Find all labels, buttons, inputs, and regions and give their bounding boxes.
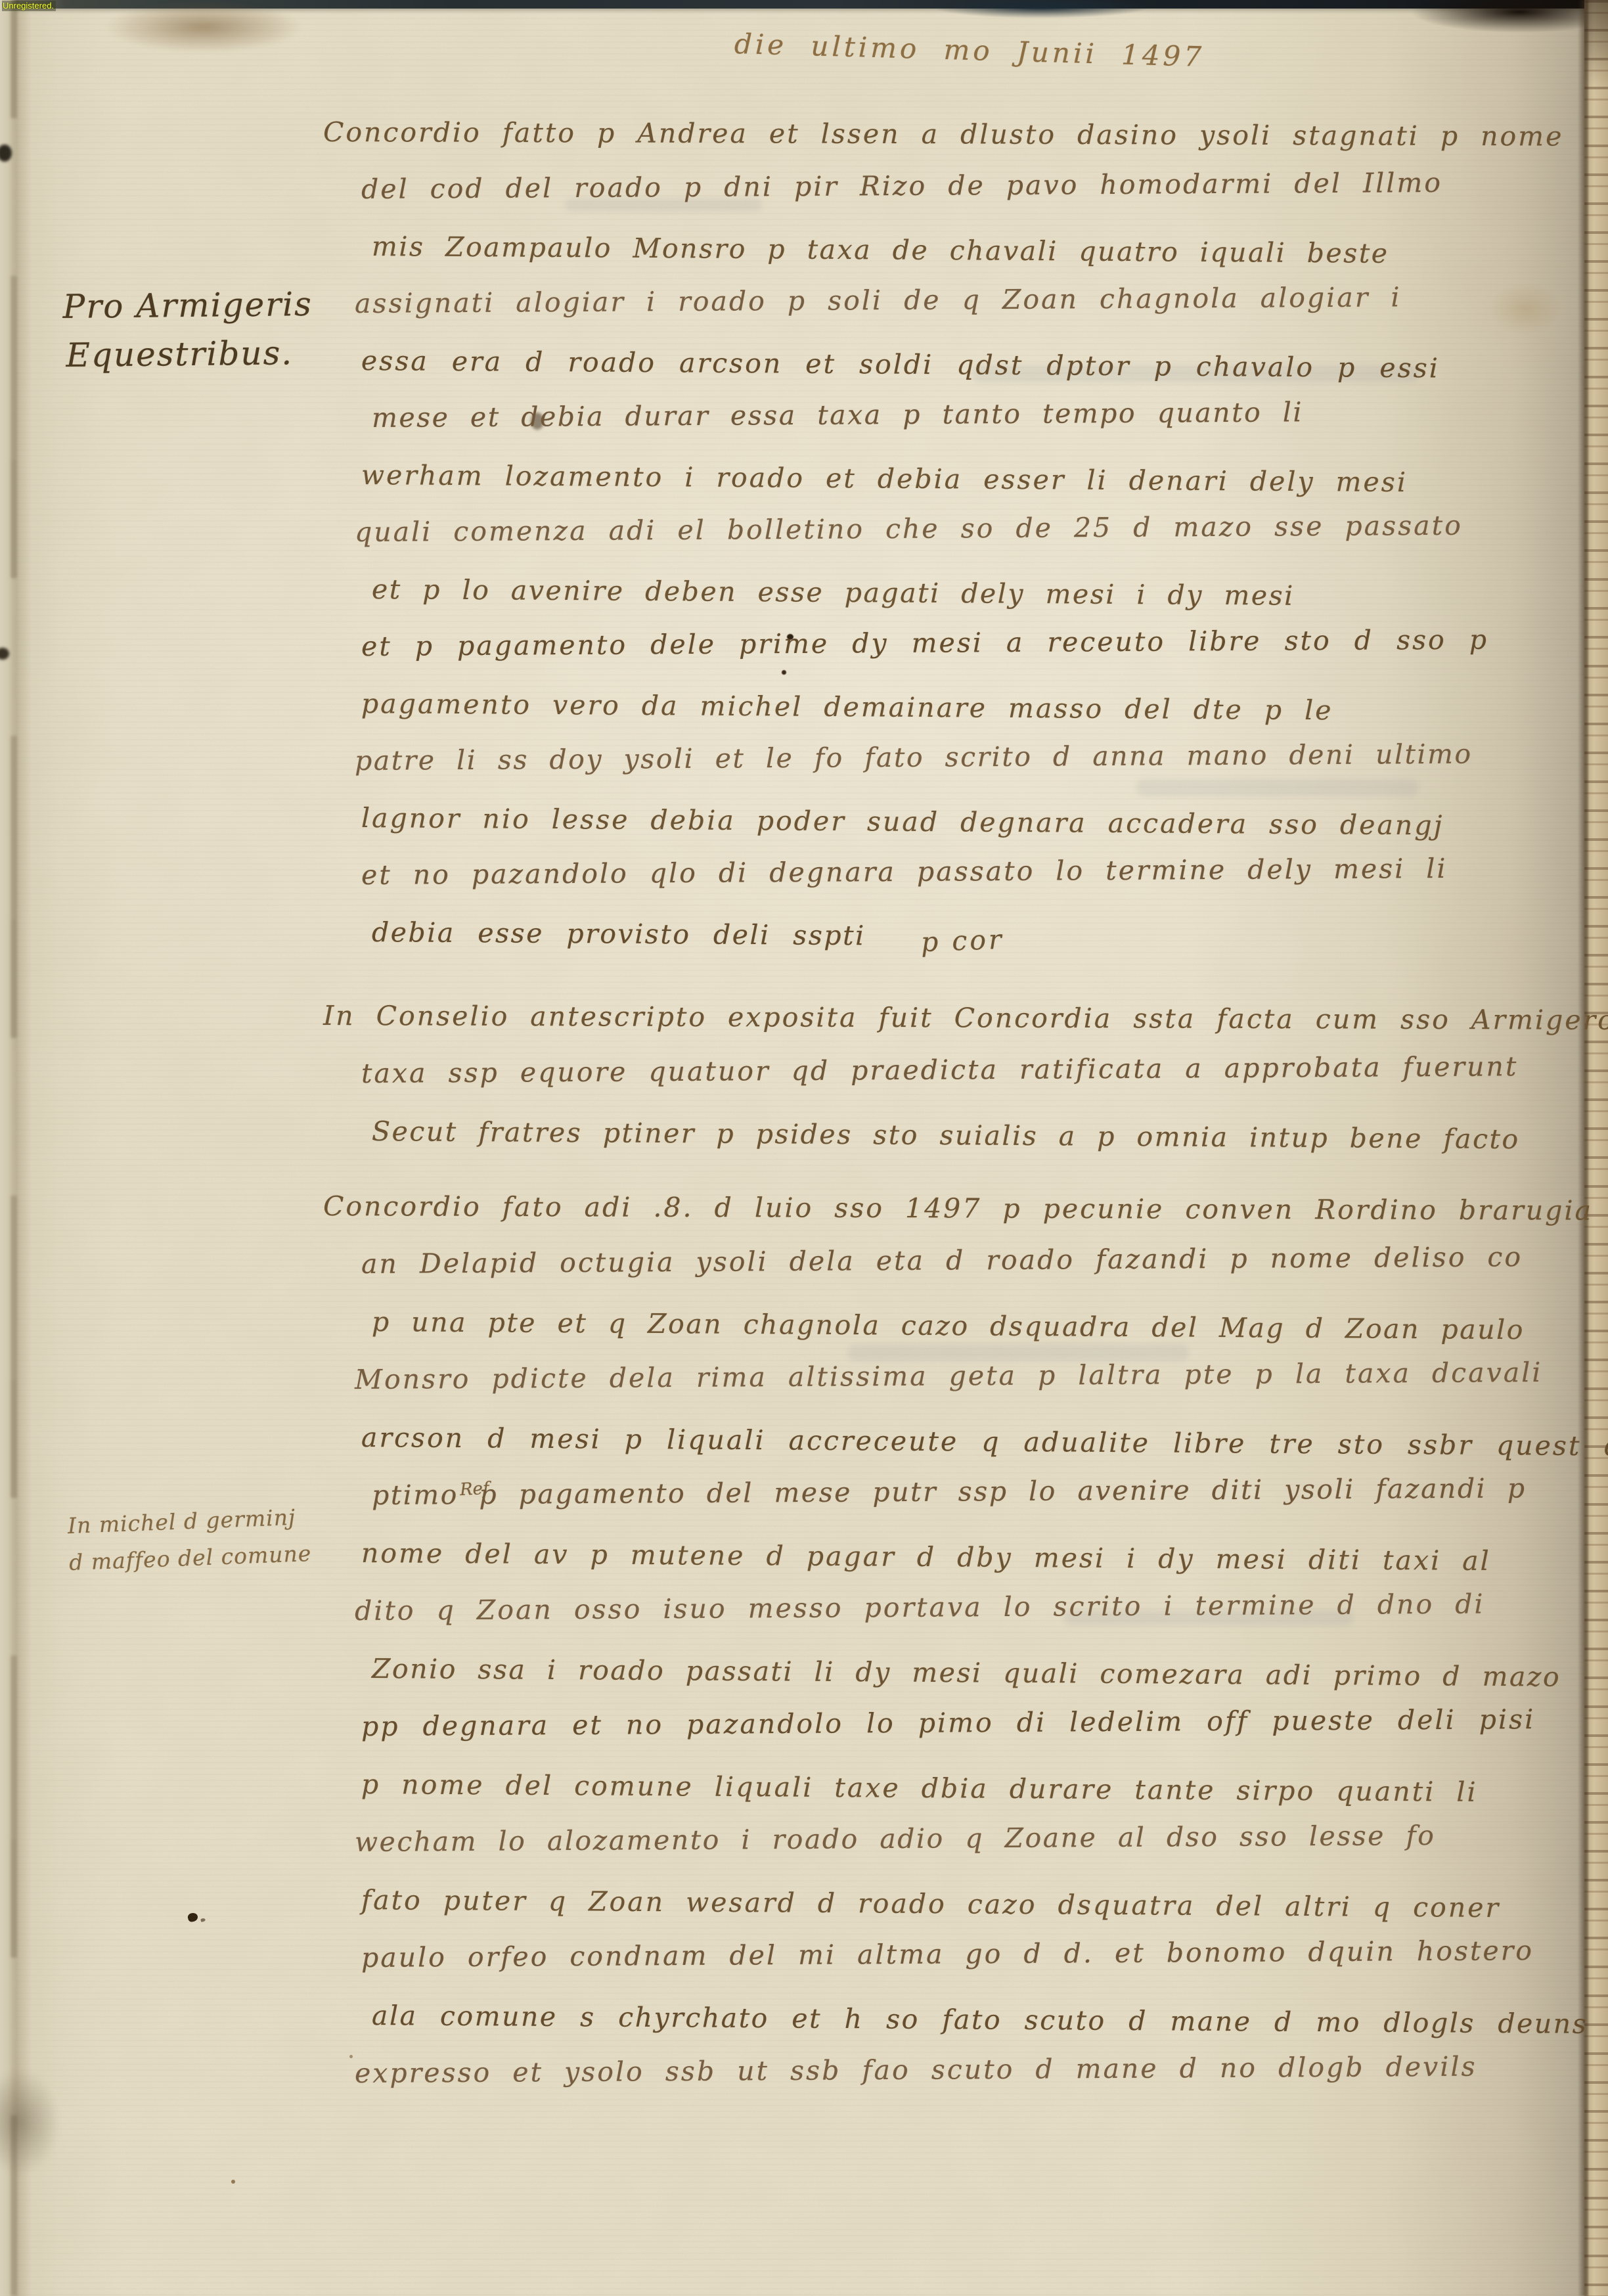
margin-ink-mark (187, 1912, 199, 1922)
text-line: Secut fratres ptiner p psides sto suiali… (372, 1102, 1597, 1169)
text-line: assignati alogiar i roado p soli de q Zo… (355, 267, 1596, 332)
text-line: taxa ssp equore quatuor qd praedicta rat… (361, 1037, 1597, 1102)
text-line: an Delapid octugia ysoli dela eta d road… (361, 1228, 1597, 1293)
margin-note-pro-armigeris: Pro Armigeris Equestribus. (62, 280, 313, 380)
ink-speck (231, 2180, 235, 2184)
margin-note-line: Pro Armigeris (62, 280, 313, 331)
scan-top-shadow (933, 0, 1150, 18)
text-line: pp degnara et no pazandolo lo pimo di le… (361, 1690, 1597, 1755)
margin-note-in-michel: In michel d germinj d maffeo del comune (67, 1498, 312, 1581)
text-line: dito q Zoan osso isuo messo portava lo s… (355, 1574, 1597, 1640)
centered-fragment: p cor (920, 924, 1004, 958)
text-line: et p pagamento dele prime dy mesi a rece… (361, 611, 1596, 675)
text-line: Monsro pdicte dela rima altissima geta p… (355, 1343, 1597, 1408)
text-line: paulo orfeo condnam del mi altma go d d.… (361, 1922, 1597, 1987)
gutter-crease (11, 0, 17, 2296)
paragraph-3: Concordio fato adi .8. d luio sso 1497 p… (323, 1177, 1596, 2102)
paragraph-2: In Conselio antescripto exposita fuit Co… (323, 987, 1596, 1160)
text-line: expresso et ysolo ssb ut ssb fao scuto d… (355, 2037, 1597, 2102)
paragraph-1: Concordio fatto p Andrea et lssen a dlus… (323, 104, 1596, 961)
text-line: patre li ss doy ysoli et le fo fato scri… (355, 725, 1596, 790)
text-line: ptimo p pagamento del mese putr ssp lo a… (372, 1459, 1597, 1524)
text-line: mese et debia durar essa taxa p tanto te… (372, 382, 1596, 447)
date-heading: die ultimo mo Junii 1497 (734, 28, 1205, 73)
text-line: et no pazandolo qlo di degnara passato l… (361, 840, 1596, 904)
text-line: wecham lo alozamento i roado adio q Zoan… (355, 1805, 1597, 1871)
scanner-watermark: Unregistered. (2, 1, 56, 11)
top-left-stain (105, 1, 302, 53)
text-line: quali comenza adi el bolletino che so de… (355, 496, 1596, 561)
text-line: del cod del roado p dni pir Rizo de pavo… (361, 154, 1596, 218)
margin-note-line: Equestribus. (66, 328, 313, 380)
manuscript-page: Unregistered. die ultimo mo Junii 1497 P… (0, 0, 1608, 2296)
